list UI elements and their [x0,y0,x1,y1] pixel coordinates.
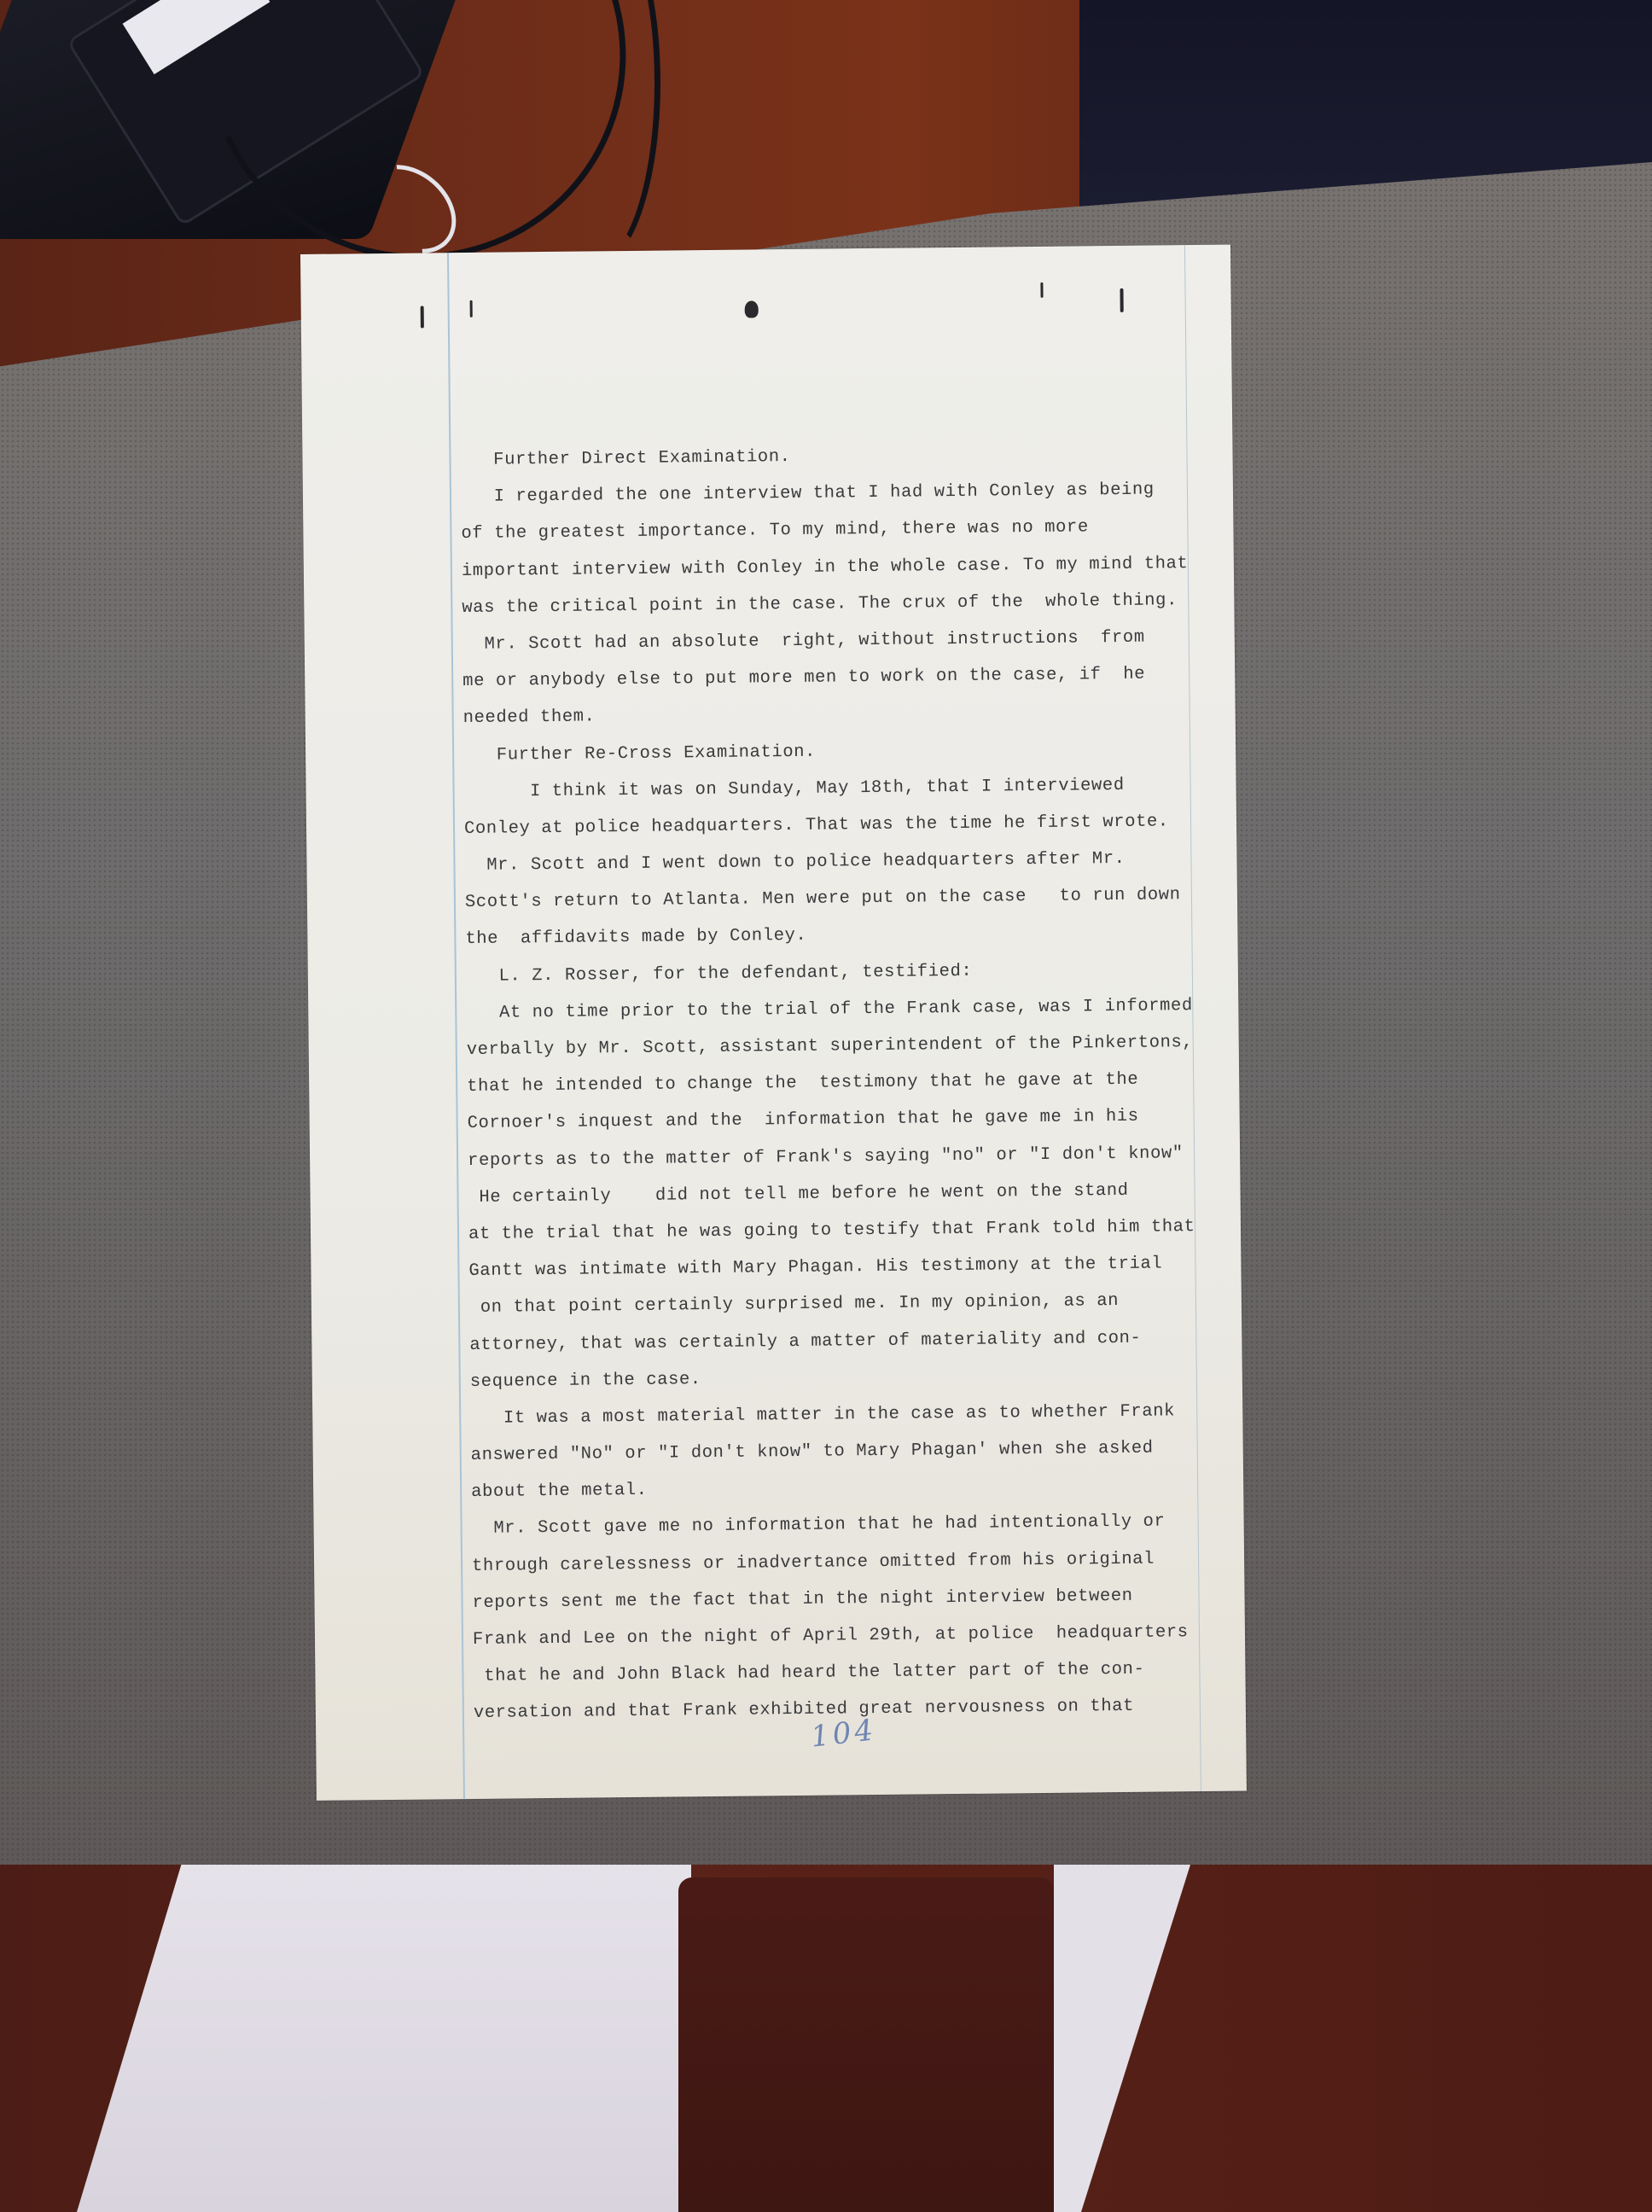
punch-hole-mark [421,306,424,328]
punch-hole [745,300,759,317]
shadow-reflection [678,1877,1054,2212]
punch-hole-mark [1040,282,1043,298]
handwritten-page-number: 104 [809,1713,878,1755]
testimony-text: Further Direct Examination. I regarded t… [460,434,1207,1732]
text-line: attorney, that was certainly a matter of… [469,1318,1203,1363]
punch-hole-mark [1120,288,1123,312]
light-reflection-left [77,1865,691,2212]
typewritten-page: Further Direct Examination. I regarded t… [300,245,1247,1801]
punch-hole-mark [470,300,473,317]
